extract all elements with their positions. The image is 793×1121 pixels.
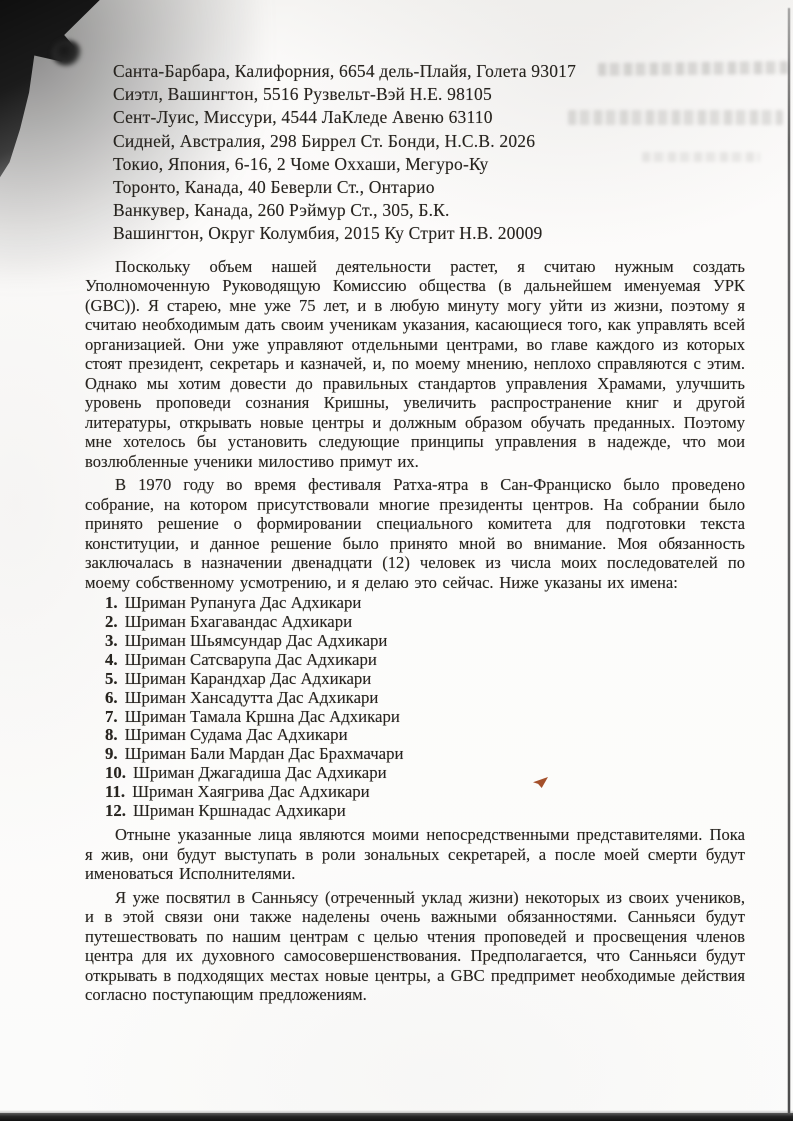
list-item-name: Шриман Шьямсундар Дас Адхикари: [125, 631, 388, 650]
list-item: 7.Шриман Тамала Кршна Дас Адхикари: [105, 708, 745, 727]
list-item-name: Шриман Судама Дас Адхикари: [125, 725, 348, 744]
list-item-name: Шриман Бхагавандас Адхикари: [125, 612, 353, 631]
list-item: 10.Шриман Джагадиша Дас Адхикари: [105, 764, 745, 783]
list-item-name: Шриман Тамала Кршна Дас Адхикари: [125, 707, 400, 726]
paragraph-gbc-creation: Поскольку объем нашей деятельности расте…: [85, 257, 745, 472]
address-line: Ванкувер, Канада, 260 Рэймур Ст., 305, Б…: [113, 199, 745, 222]
address-line: Сиэтл, Вашингтон, 5516 Рузвельт-Вэй Н.Е.…: [113, 83, 745, 106]
list-item: 5.Шриман Карандхар Дас Адхикари: [105, 670, 745, 689]
list-item-number: 3.: [105, 631, 118, 650]
address-line: Сент-Луис, Миссури, 4544 ЛаКледе Авеню 6…: [113, 106, 745, 129]
scan-edge-line: [788, 8, 790, 1121]
address-line: Сидней, Австралия, 298 Биррел Ст. Бонди,…: [113, 130, 745, 153]
list-item-number: 4.: [105, 650, 118, 669]
list-item-number: 10.: [105, 763, 126, 782]
list-item-name: Шриман Рупануга Дас Адхикари: [125, 593, 362, 612]
letter-body: Санта-Барбара, Калифорния, 6654 дель-Пла…: [85, 60, 745, 1005]
address-line: Токио, Япония, 6-16, 2 Чоме Оххаши, Мегу…: [113, 153, 745, 176]
paragraph-rathayatra-meeting: В 1970 году во время фестиваля Ратха-ятр…: [85, 475, 745, 592]
list-item-name: Шриман Хансадутта Дас Адхикари: [125, 688, 379, 707]
list-item-number: 6.: [105, 688, 118, 707]
list-item-name: Шриман Карандхар Дас Адхикари: [125, 669, 372, 688]
list-item: 6.Шриман Хансадутта Дас Адхикари: [105, 689, 745, 708]
list-item-number: 5.: [105, 669, 118, 688]
paragraph-representatives: Отныне указанные лица являются моими неп…: [85, 825, 745, 884]
list-item-name: Шриман Хаягрива Дас Адхикари: [132, 782, 370, 801]
list-item-name: Шриман Кршнадас Адхикари: [133, 801, 346, 820]
address-line: Санта-Барбара, Калифорния, 6654 дель-Пла…: [113, 60, 745, 83]
scanned-letter-page: Санта-Барбара, Калифорния, 6654 дель-Пла…: [0, 0, 793, 1121]
list-item: 8.Шриман Судама Дас Адхикари: [105, 726, 745, 745]
list-item-name: Шриман Бали Мардан Дас Брахмачари: [125, 744, 404, 763]
address-line: Торонто, Канада, 40 Беверли Ст., Онтарио: [113, 176, 745, 199]
list-item-number: 1.: [105, 593, 118, 612]
list-item: 11.Шриман Хаягрива Дас Адхикари: [105, 783, 745, 802]
list-item-number: 11.: [105, 782, 125, 801]
list-item-number: 12.: [105, 801, 126, 820]
list-item: 1.Шриман Рупануга Дас Адхикари: [105, 594, 745, 613]
list-item: 2.Шриман Бхагавандас Адхикари: [105, 613, 745, 632]
list-item-number: 9.: [105, 744, 118, 763]
list-item-number: 7.: [105, 707, 118, 726]
list-item-number: 8.: [105, 725, 118, 744]
paragraph-sannyasa: Я уже посвятил в Санньясу (отреченный ук…: [85, 888, 745, 1005]
list-item: 4.Шриман Сатсварупа Дас Адхикари: [105, 651, 745, 670]
scan-bottom-edge: [0, 1113, 793, 1121]
list-item: 3.Шриман Шьямсундар Дас Адхикари: [105, 632, 745, 651]
list-item-name: Шриман Джагадиша Дас Адхикари: [133, 763, 387, 782]
list-item: 12.Шриман Кршнадас Адхикари: [105, 802, 745, 821]
list-item-name: Шриман Сатсварупа Дас Адхикари: [125, 650, 377, 669]
address-line: Вашингтон, Округ Колумбия, 2015 Ку Стрит…: [113, 222, 745, 245]
center-address-list: Санта-Барбара, Калифорния, 6654 дель-Пла…: [113, 60, 745, 246]
scan-shadow-blob: [52, 40, 82, 66]
list-item: 9.Шриман Бали Мардан Дас Брахмачари: [105, 745, 745, 764]
list-item-number: 2.: [105, 612, 118, 631]
gbc-member-list: 1.Шриман Рупануга Дас Адхикари 2.Шриман …: [85, 594, 745, 821]
